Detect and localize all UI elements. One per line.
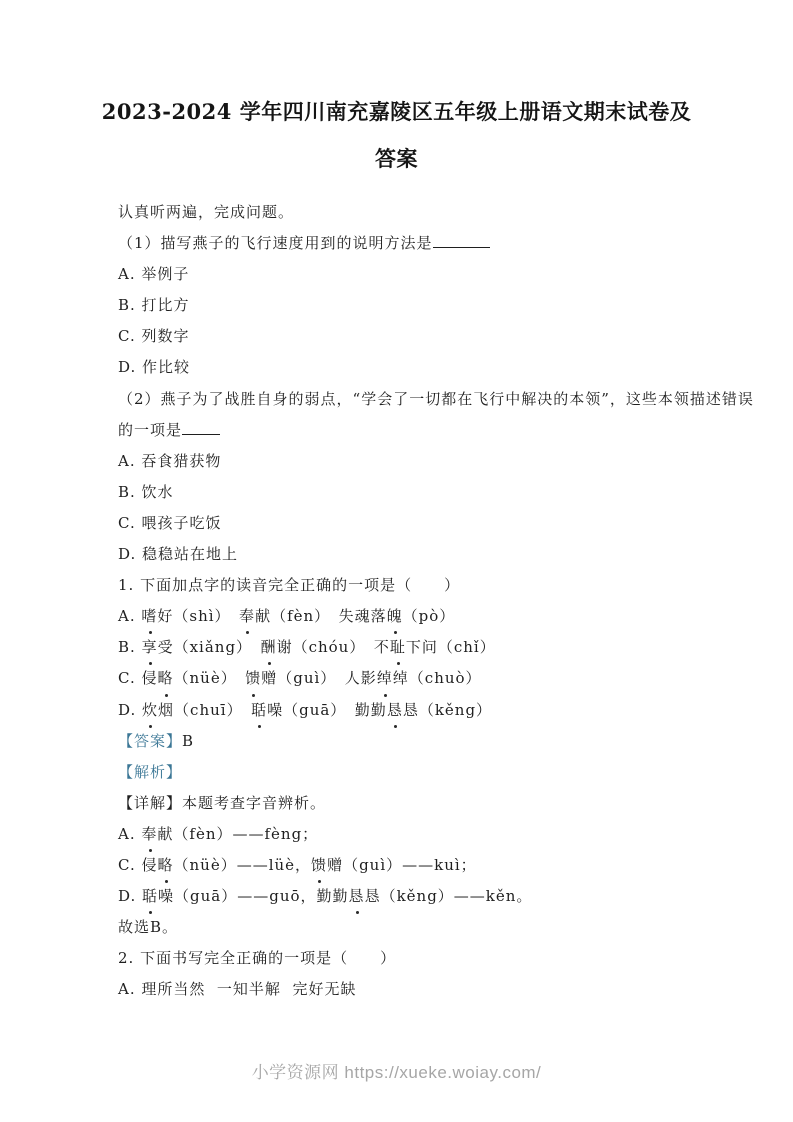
text-run: 受（xiǎng） <box>158 638 261 656</box>
document-title-line-1: 2023-2024 学年四川南充嘉陵区五年级上册语文期末试卷及 <box>0 88 793 135</box>
emphasized-char: 炊 <box>142 695 158 726</box>
document-line: B. 享受（xiǎng） 酬谢（chóu） 不耻下问（chǐ） <box>118 632 703 663</box>
text-run: 献（fèn）——fèng； <box>157 825 318 843</box>
emphasized-char: 绰 <box>377 663 393 694</box>
text-run: A. <box>118 607 141 625</box>
document-line: D. 聒噪（guā）——guō，勤勤恳恳（kěng）——kěn。 <box>118 881 703 912</box>
text-run: 的一项是 <box>118 421 182 439</box>
text-run: C. 喂孩子吃饭 <box>118 514 221 532</box>
document-line: A. 理所当然 一知半解 完好无缺 <box>118 974 703 1005</box>
emphasized-char: 馈 <box>311 850 327 881</box>
text-run: D. <box>118 701 142 719</box>
text-run: 绰（chuò） <box>393 669 482 687</box>
text-run: D. <box>118 887 142 905</box>
document-line: 【解析】 <box>118 757 703 788</box>
text-run: 1. 下面加点字的读音完全正确的一项是（ ） <box>118 576 460 594</box>
document-line: 【详解】本题考查字音辨析。 <box>118 788 703 819</box>
document-line: B. 饮水 <box>118 477 703 508</box>
document-line: D. 炊烟（chuī） 聒噪（guā） 勤勤恳恳（kěng） <box>118 695 703 726</box>
section-marker: 【解析】 <box>118 763 182 781</box>
document-line: 2. 下面书写完全正确的一项是（ ） <box>118 943 703 974</box>
text-run: D. 稳稳站在地上 <box>118 545 238 563</box>
document-line: （1）描写燕子的飞行速度用到的说明方法是 <box>118 228 703 259</box>
emphasized-char: 耻 <box>390 632 406 663</box>
text-run: （2）燕子为了战胜自身的弱点，“学会了一切都在飞行中解决的本领”，这些本领描述错… <box>118 390 754 408</box>
emphasized-char: 恳 <box>387 695 403 726</box>
text-run: B <box>182 732 194 750</box>
text-run: C. 列数字 <box>118 327 189 345</box>
document-line: D. 稳稳站在地上 <box>118 539 703 570</box>
document-line: 1. 下面加点字的读音完全正确的一项是（ ） <box>118 570 703 601</box>
text-run: D. 作比较 <box>118 358 190 376</box>
document-line: C. 侵略（nüè） 馈赠（guì） 人影绰绰（chuò） <box>118 663 703 694</box>
text-run: （nüè）——lüè， <box>174 856 312 874</box>
emphasized-char: 酬 <box>261 632 277 663</box>
document-line: C. 喂孩子吃饭 <box>118 508 703 539</box>
text-run: 烟（chuī） <box>158 701 251 719</box>
emphasized-char: 聒 <box>251 695 267 726</box>
document-line: A. 奉献（fèn）——fèng； <box>118 819 703 850</box>
text-run: A. 理所当然 一知半解 完好无缺 <box>118 980 356 998</box>
document-page: { "meta": { "accent_color": "#3a7695", "… <box>0 0 793 1122</box>
text-run: A. <box>118 825 141 843</box>
text-run: （pò） <box>403 607 456 625</box>
emphasized-char: 馈 <box>245 663 261 694</box>
document-line: 的一项是 <box>118 415 703 446</box>
emphasized-char: 略 <box>157 663 173 694</box>
document-body: 认真听两遍，完成问题。（1）描写燕子的飞行速度用到的说明方法是A. 举例子B. … <box>118 197 703 1005</box>
text-run: 赠（guì） 人影 <box>261 669 377 687</box>
document-line: D. 作比较 <box>118 352 703 383</box>
emphasized-char: 奉 <box>239 601 255 632</box>
document-title: 2023-2024 学年四川南充嘉陵区五年级上册语文期末试卷及 答案 <box>0 88 793 182</box>
text-run: 赠（guì）——kuì； <box>327 856 477 874</box>
document-line: B. 打比方 <box>118 290 703 321</box>
text-run: 噪（guā） 勤勤 <box>267 701 387 719</box>
text-run: A. 举例子 <box>118 265 189 283</box>
text-run: 认真听两遍，完成问题。 <box>118 203 294 221</box>
document-line: C. 侵略（nüè）——lüè，馈赠（guì）——kuì； <box>118 850 703 881</box>
text-run: （1）描写燕子的飞行速度用到的说明方法是 <box>118 234 433 252</box>
document-line: C. 列数字 <box>118 321 703 352</box>
text-run: C. 侵 <box>118 856 157 874</box>
text-run: B. 饮水 <box>118 483 174 501</box>
text-run: B. <box>118 638 142 656</box>
document-line: 故选B。 <box>118 912 703 943</box>
text-run: C. 侵 <box>118 669 157 687</box>
emphasized-char: 奉 <box>141 819 157 850</box>
document-line: 【答案】B <box>118 726 703 757</box>
answer-blank <box>182 419 220 435</box>
text-run: 好（shì） <box>157 607 239 625</box>
section-marker: 【答案】 <box>118 732 182 750</box>
document-title-line-2: 答案 <box>0 135 793 182</box>
text-run: 恳（kěng） <box>403 701 492 719</box>
text-run: 恳（kěng）——kěn。 <box>365 887 533 905</box>
text-run: 献（fèn） 失魂落 <box>255 607 387 625</box>
text-run: A. 吞食猎获物 <box>118 452 221 470</box>
document-line: A. 举例子 <box>118 259 703 290</box>
document-line: A. 嗜好（shì） 奉献（fèn） 失魂落魄（pò） <box>118 601 703 632</box>
text-run: 2. 下面书写完全正确的一项是（ ） <box>118 949 396 967</box>
emphasized-char: 享 <box>142 632 158 663</box>
text-run: （nüè） <box>174 669 246 687</box>
text-run: 【详解】本题考查字音辨析。 <box>118 794 326 812</box>
text-run: B. 打比方 <box>118 296 190 314</box>
footer-credit: 小学资源网 https://xueke.woiay.com/ <box>0 1058 793 1083</box>
document-line: 认真听两遍，完成问题。 <box>118 197 703 228</box>
emphasized-char: 嗜 <box>141 601 157 632</box>
emphasized-char: 恳 <box>349 881 365 912</box>
text-run: 谢（chóu） 不 <box>277 638 390 656</box>
document-line: （2）燕子为了战胜自身的弱点，“学会了一切都在飞行中解决的本领”，这些本领描述错… <box>118 384 703 415</box>
answer-blank <box>433 232 490 248</box>
emphasized-char: 略 <box>157 850 173 881</box>
emphasized-char: 聒 <box>142 881 158 912</box>
text-run: 下问（chǐ） <box>406 638 496 656</box>
text-run: 故选B。 <box>118 918 178 936</box>
emphasized-char: 魄 <box>387 601 403 632</box>
text-run: 噪（guā）——guō，勤勤 <box>158 887 349 905</box>
document-line: A. 吞食猎获物 <box>118 446 703 477</box>
